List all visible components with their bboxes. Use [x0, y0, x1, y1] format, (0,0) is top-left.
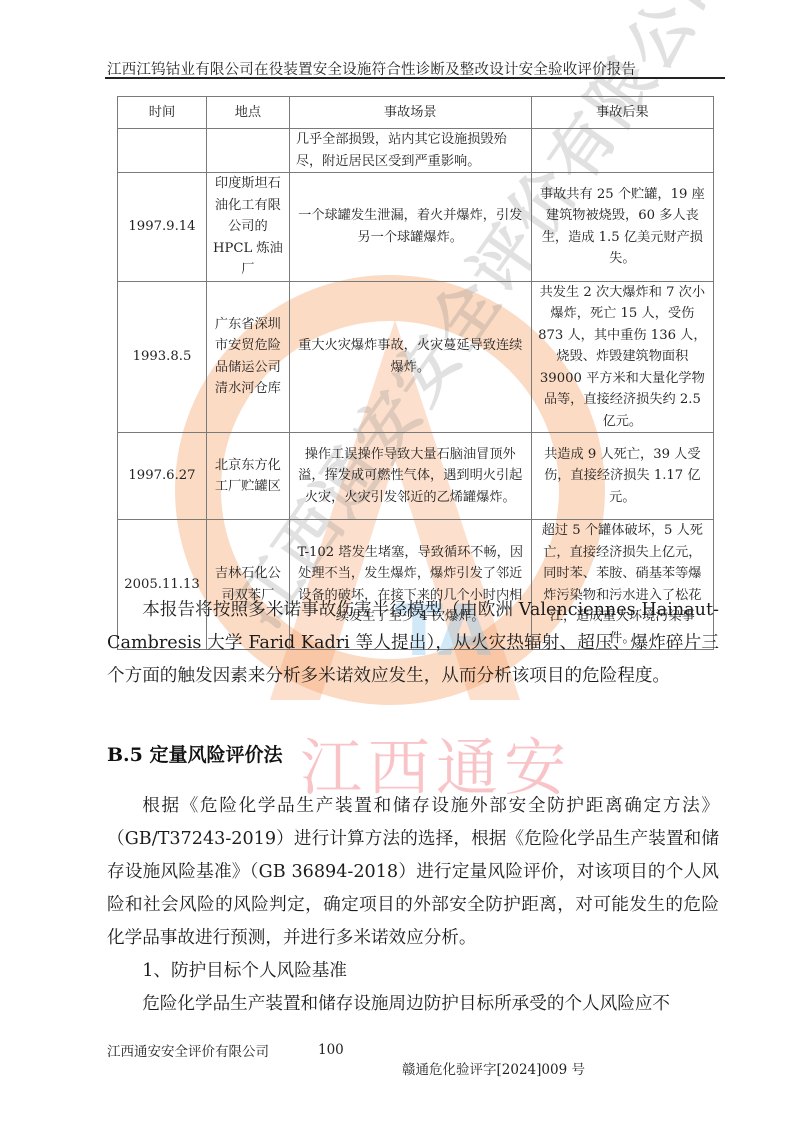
- page-header-title: 江西江钨钴业有限公司在役装置安全设施符合性诊断及整改设计安全验收评价报告: [107, 58, 636, 79]
- cell-place: 印度斯坦石油化工有限公司的 HPCL 炼油厂: [206, 173, 289, 282]
- accident-table: 时间 地点 事故场景 事故后果 几乎全部损毁，站内其它设施损毁殆尽，附近居民区受…: [117, 96, 714, 650]
- cell-place: [206, 129, 289, 173]
- cell-scene: 重大火灾爆炸事故，火灾蔓延导致连续爆炸。: [289, 281, 531, 433]
- footer-page-number: 100: [318, 1042, 344, 1058]
- table-row: 1997.9.14 印度斯坦石油化工有限公司的 HPCL 炼油厂 一个球罐发生泄…: [118, 173, 714, 282]
- cell-time: 1997.6.27: [118, 433, 207, 520]
- cell-scene: 几乎全部损毁，站内其它设施损毁殆尽，附近居民区受到严重影响。: [289, 129, 531, 173]
- column-header-time: 时间: [118, 97, 207, 129]
- header-rule: [105, 77, 725, 79]
- cell-scene: 操作工误操作导致大量石脑油冒顶外溢，挥发成可燃性气体，遇到明火引起火灾，火灾引发…: [289, 433, 531, 520]
- cell-time: 1997.9.14: [118, 173, 207, 282]
- section-heading-b5: B.5 定量风险评价法: [107, 740, 283, 767]
- table-row: 1997.6.27 北京东方化工厂贮罐区 操作工误操作导致大量石脑油冒顶外溢，挥…: [118, 433, 714, 520]
- table-row: 几乎全部损毁，站内其它设施损毁殆尽，附近居民区受到严重影响。: [118, 129, 714, 173]
- cell-place: 广东省深圳市安贸危险品储运公司清水河仓库: [206, 281, 289, 433]
- paragraph-quantitative-risk: 根据《危险化学品生产装置和储存设施外部安全防护距离确定方法》（GB/T37243…: [107, 790, 719, 955]
- footer-doc-number: 赣通危化验评字[2024]009 号: [402, 1058, 585, 1078]
- table-header-row: 时间 地点 事故场景 事故后果: [118, 97, 714, 129]
- paragraph-domino-model: 本报告将按照多米诺事故伤害半径模型（由欧洲 Valenciennes Haina…: [107, 594, 719, 693]
- table-row: 1993.8.5 广东省深圳市安贸危险品储运公司清水河仓库 重大火灾爆炸事故，火…: [118, 281, 714, 433]
- column-header-scene: 事故场景: [289, 97, 531, 129]
- cell-result: 共造成 9 人死亡，39 人受伤，直接经济损失 1.17 亿元。: [531, 433, 713, 520]
- cell-time: 1993.8.5: [118, 281, 207, 433]
- footer-company: 江西通安安全评价有限公司: [107, 1040, 269, 1060]
- cell-result: 共发生 2 次大爆炸和 7 次小爆炸，死亡 15 人，受伤 873 人，其中重伤…: [531, 281, 713, 433]
- cell-time: [118, 129, 207, 173]
- cell-place: 北京东方化工厂贮罐区: [206, 433, 289, 520]
- cell-result: [531, 129, 713, 173]
- cell-result: 事故共有 25 个贮罐，19 座建筑物被烧毁，60 多人丧生，造成 1.5 亿美…: [531, 173, 713, 282]
- column-header-place: 地点: [206, 97, 289, 129]
- paragraph-individual-risk: 危险化学品生产装置和储存设施周边防护目标所承受的个人风险应不: [107, 988, 719, 1021]
- column-header-result: 事故后果: [531, 97, 713, 129]
- subheading-individual-risk: 1、防护目标个人风险基准: [107, 955, 719, 988]
- cell-scene: 一个球罐发生泄漏，着火并爆炸，引发另一个球罐爆炸。: [289, 173, 531, 282]
